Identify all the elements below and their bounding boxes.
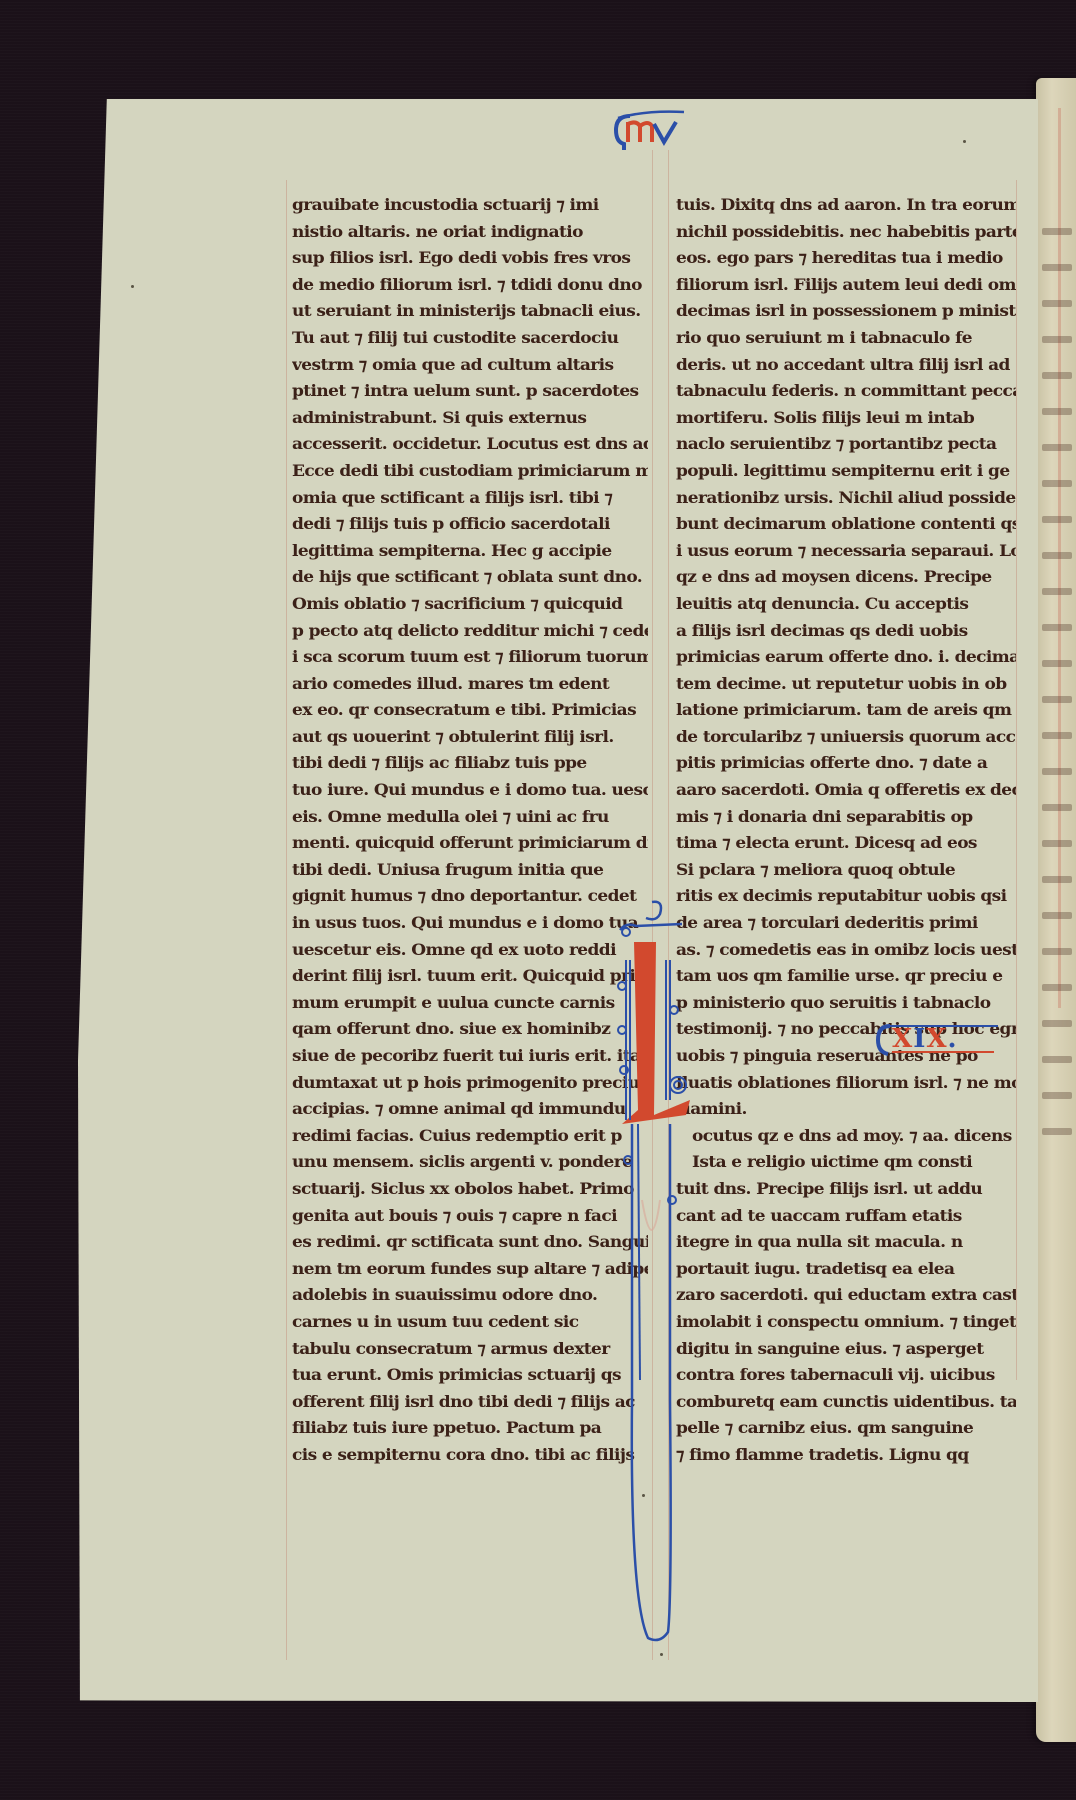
text-line: omia que sctificant a filijs isrl. tibi … bbox=[292, 485, 648, 510]
text-line: de torcularibz ⁊ uniuersis quorum acci bbox=[676, 725, 1016, 750]
ghost-text bbox=[1042, 1020, 1072, 1027]
text-line: leuitis atq denuncia. Cu acceptis bbox=[676, 592, 1016, 617]
speck bbox=[131, 285, 134, 288]
text-line: carnes u in usum tuu cedent sic bbox=[292, 1310, 648, 1335]
text-line: Omis oblatio ⁊ sacrificium ⁊ quicquid bbox=[292, 592, 648, 617]
text-line: Ista e religio uictime qm consti bbox=[676, 1150, 1016, 1175]
text-line: decimas isrl in possessionem p ministe bbox=[676, 299, 1016, 324]
ghost-text bbox=[1042, 228, 1072, 235]
text-line: tam uos qm familie urse. qr preciu e bbox=[676, 964, 1016, 989]
text-line: imolabit i conspectu omnium. ⁊ tinget bbox=[676, 1310, 1016, 1335]
text-line: menti. quicquid offerunt primiciarum dno bbox=[292, 831, 648, 856]
ghost-text bbox=[1042, 264, 1072, 271]
text-line: nem tm eorum fundes sup altare ⁊ adipes bbox=[292, 1256, 648, 1281]
text-line: qz e dns ad moysen dicens. Precipe bbox=[676, 565, 1016, 590]
text-line: pitis primicias offerte dno. ⁊ date a bbox=[676, 751, 1016, 776]
text-line: a filijs isrl decimas qs dedi uobis bbox=[676, 618, 1016, 643]
text-line: redimi facias. Cuius redemptio erit p bbox=[292, 1123, 648, 1148]
ghost-text bbox=[1042, 552, 1072, 559]
decorated-initial-L bbox=[612, 900, 692, 1645]
text-line: primicias earum offerte dno. i. decima p bbox=[676, 645, 1016, 670]
text-line: naclo seruientibz ⁊ portantibz pecta bbox=[676, 432, 1016, 457]
text-line: aut qs uouerint ⁊ obtulerint filij isrl. bbox=[292, 725, 648, 750]
text-line: ⁊ fimo flamme tradetis. Lignu qq bbox=[676, 1443, 1016, 1468]
text-line: mis ⁊ i donaria dni separabitis op bbox=[676, 804, 1016, 829]
initial-L-penwork-icon bbox=[612, 900, 692, 1645]
text-line: adolebis in suauissimu odore dno. bbox=[292, 1283, 648, 1308]
ghost-text bbox=[1042, 516, 1072, 523]
text-line: genita aut bouis ⁊ ouis ⁊ capre n faci bbox=[292, 1203, 648, 1228]
text-line: as. ⁊ comedetis eas in omibz locis uestr… bbox=[676, 937, 1016, 962]
text-line: latione primiciarum. tam de areis qm bbox=[676, 698, 1016, 723]
text-line: Tu aut ⁊ filij tui custodite sacerdociu bbox=[292, 326, 648, 351]
ghost-text bbox=[1042, 768, 1072, 775]
text-line: i usus eorum ⁊ necessaria separaui. Locu… bbox=[676, 538, 1016, 563]
chapter-number: XIX. bbox=[874, 1022, 1004, 1058]
ghost-text bbox=[1042, 372, 1072, 379]
text-line: uescetur eis. Omne qd ex uoto reddi bbox=[292, 937, 648, 962]
ruling-line bbox=[1016, 180, 1017, 1380]
ghost-text bbox=[1042, 444, 1072, 451]
text-line: administrabunt. Si quis externus bbox=[292, 405, 648, 430]
ghost-text bbox=[1042, 300, 1072, 307]
ghost-text bbox=[1042, 408, 1072, 415]
text-line: tem decime. ut reputetur uobis in ob bbox=[676, 671, 1016, 696]
text-line: p pecto atq delicto redditur michi ⁊ ced… bbox=[292, 618, 648, 643]
ghost-text bbox=[1042, 480, 1072, 487]
text-line: Ecce dedi tibi custodiam primiciarum m bbox=[292, 459, 648, 484]
text-line: mortiferu. Solis filijs leui m intab bbox=[676, 405, 1016, 430]
text-line: de medio filiorum isrl. ⁊ tdidi donu dno bbox=[292, 272, 648, 297]
speck bbox=[660, 1653, 663, 1656]
text-line: lluatis oblationes filiorum isrl. ⁊ ne m… bbox=[676, 1070, 1016, 1095]
speck bbox=[963, 140, 966, 143]
text-line: unu mensem. siclis argenti v. pondere bbox=[292, 1150, 648, 1175]
text-line: eis. Omne medulla olei ⁊ uini ac fru bbox=[292, 804, 648, 829]
ghost-text bbox=[1042, 732, 1072, 739]
next-leaf-edge bbox=[1036, 78, 1076, 1742]
text-line: nistio altaris. ne oriat indignatio bbox=[292, 219, 648, 244]
ghost-text bbox=[1042, 984, 1072, 991]
text-line: nichil possidebitis. nec habebitis parte… bbox=[676, 219, 1016, 244]
text-line: derint filij isrl. tuum erit. Quicquid p… bbox=[292, 964, 648, 989]
text-line: tua erunt. Omis primicias sctuarij qs bbox=[292, 1363, 648, 1388]
text-line: dumtaxat ut p hois primogenito preciu bbox=[292, 1070, 648, 1095]
ghost-text bbox=[1042, 660, 1072, 667]
ghost-text bbox=[1042, 876, 1072, 883]
text-line: aaro sacerdoti. Omia q offeretis ex deci bbox=[676, 778, 1016, 803]
text-line: eos. ego pars ⁊ hereditas tua i medio bbox=[676, 246, 1016, 271]
text-line: zaro sacerdoti. qui eductam extra castra bbox=[676, 1283, 1016, 1308]
text-line: p ministerio quo seruitis i tabnaclo bbox=[676, 990, 1016, 1015]
ghost-text bbox=[1042, 696, 1072, 703]
ghost-text bbox=[1042, 948, 1072, 955]
text-line: itegre in qua nulla sit macula. n bbox=[676, 1230, 1016, 1255]
text-line: sup filios isrl. Ego dedi vobis fres vro… bbox=[292, 246, 648, 271]
text-line: es redimi. qr sctificata sunt dno. Sangu… bbox=[292, 1230, 648, 1255]
text-line: siue de pecoribz fuerit tui iuris erit. … bbox=[292, 1044, 648, 1069]
ghost-text bbox=[1042, 1056, 1072, 1063]
text-line: in usus tuos. Qui mundus e i domo tua bbox=[292, 911, 648, 936]
text-line: pelle ⁊ carnibz eius. qm sanguine bbox=[676, 1416, 1016, 1441]
text-line: tibi dedi ⁊ filijs ac filiabz tuis ppe bbox=[292, 751, 648, 776]
ghost-text bbox=[1042, 624, 1072, 631]
text-line: tabulu consecratum ⁊ armus dexter bbox=[292, 1336, 648, 1361]
text-line: vestrm ⁊ omia que ad cultum altaris bbox=[292, 352, 648, 377]
text-line: comburetq eam cunctis uidentibus. ta bbox=[676, 1389, 1016, 1414]
ghost-text bbox=[1042, 588, 1072, 595]
text-line: ptinet ⁊ intra uelum sunt. p sacerdotes bbox=[292, 379, 648, 404]
running-header-glyphs bbox=[606, 108, 686, 154]
ghost-text bbox=[1042, 1128, 1072, 1135]
text-line: tuo iure. Qui mundus e i domo tua. uesce… bbox=[292, 778, 648, 803]
text-line: cant ad te uaccam ruffam etatis bbox=[676, 1203, 1016, 1228]
text-line: filiorum isrl. Filijs autem leui dedi om… bbox=[676, 272, 1016, 297]
chapter-number-text: XIX. bbox=[892, 1024, 958, 1054]
ghost-text bbox=[1042, 1092, 1072, 1099]
text-line: bunt decimarum oblatione contenti qs bbox=[676, 512, 1016, 537]
text-line: contra fores tabernaculi vij. uicibus bbox=[676, 1363, 1016, 1388]
text-line: de area ⁊ torculari dederitis primi bbox=[676, 911, 1016, 936]
text-column-right: tuis. Dixitq dns ad aaron. In tra eorumn… bbox=[676, 192, 1016, 1469]
ghost-text bbox=[1042, 912, 1072, 919]
text-line: gignit humus ⁊ dno deportantur. cedet bbox=[292, 884, 648, 909]
text-line: nerationibz ursis. Nichil aliud possideb… bbox=[676, 485, 1016, 510]
text-line: rio quo seruiunt m i tabnaculo fe bbox=[676, 326, 1016, 351]
text-line: dedi ⁊ filijs tuis p officio sacerdotali bbox=[292, 512, 648, 537]
ruling-line bbox=[286, 180, 287, 1660]
text-line: ocutus qz e dns ad moy. ⁊ aa. dicens bbox=[676, 1123, 1016, 1148]
running-header bbox=[606, 108, 686, 154]
text-line: cis e sempiternu cora dno. tibi ac filij… bbox=[292, 1443, 648, 1468]
text-line: accipias. ⁊ omne animal qd immundu bbox=[292, 1097, 648, 1122]
text-line: accesserit. occidetur. Locutus est dns a… bbox=[292, 432, 648, 457]
text-line: digitu in sanguine eius. ⁊ asperget bbox=[676, 1336, 1016, 1361]
text-line: tuis. Dixitq dns ad aaron. In tra eorum bbox=[676, 193, 1016, 218]
text-line: filiabz tuis iure ppetuo. Pactum pa bbox=[292, 1416, 648, 1441]
text-line: populi. legittimu sempiternu erit i ge bbox=[676, 459, 1016, 484]
text-line: ut seruiant in ministerijs tabnacli eius… bbox=[292, 299, 648, 324]
text-line: qam offerunt dno. siue ex hominibz bbox=[292, 1017, 648, 1042]
text-column-left: grauibate incustodia sctuarij ⁊ iministi… bbox=[292, 192, 648, 1469]
text-line: tuit dns. Precipe filijs isrl. ut addu bbox=[676, 1177, 1016, 1202]
ghost-text bbox=[1042, 336, 1072, 343]
text-line: deris. ut no accedant ultra filij isrl a… bbox=[676, 352, 1016, 377]
text-line: ario comedes illud. mares tm edent bbox=[292, 671, 648, 696]
text-line: grauibate incustodia sctuarij ⁊ imi bbox=[292, 193, 648, 218]
text-line: sctuarij. Siclus xx obolos habet. Primo bbox=[292, 1177, 648, 1202]
text-line: portauit iugu. tradetisq ea elea bbox=[676, 1256, 1016, 1281]
text-line: ritis ex decimis reputabitur uobis qsi bbox=[676, 884, 1016, 909]
text-line: legittima sempiterna. Hec g accipie bbox=[292, 538, 648, 563]
text-line: ex eo. qr consecratum e tibi. Primicias bbox=[292, 698, 648, 723]
text-line: de hijs que sctificant ⁊ oblata sunt dno… bbox=[292, 565, 648, 590]
text-line: Si pclara ⁊ meliora quoq obtule bbox=[676, 858, 1016, 883]
text-line: offerent filij isrl dno tibi dedi ⁊ fili… bbox=[292, 1389, 648, 1414]
text-line: tabnaculu federis. n committant peccatu bbox=[676, 379, 1016, 404]
text-line: riamini. bbox=[676, 1097, 1016, 1122]
ghost-text bbox=[1042, 840, 1072, 847]
text-line: i sca scorum tuum est ⁊ filiorum tuorum.… bbox=[292, 645, 648, 670]
text-line: mum erumpit e uulua cuncte carnis bbox=[292, 990, 648, 1015]
text-line: tibi dedi. Uniusa frugum initia que bbox=[292, 858, 648, 883]
text-line: tima ⁊ electa erunt. Dicesq ad eos bbox=[676, 831, 1016, 856]
ghost-text bbox=[1042, 804, 1072, 811]
